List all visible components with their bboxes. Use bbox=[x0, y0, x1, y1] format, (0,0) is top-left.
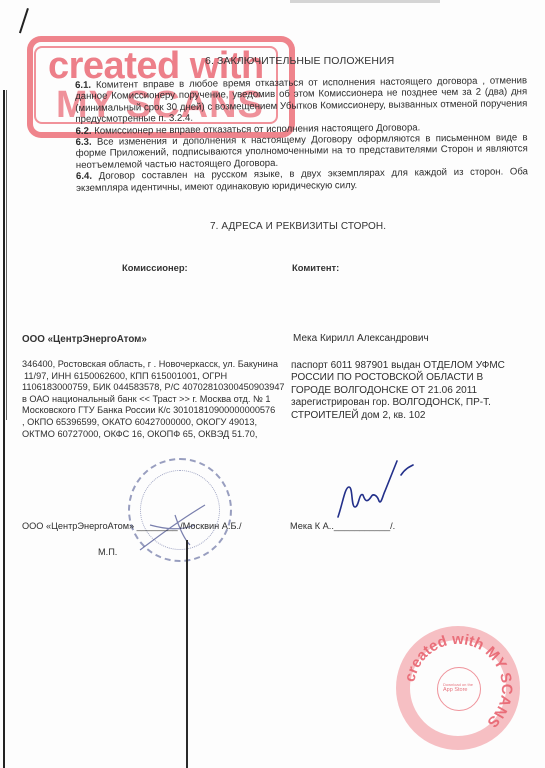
commissioner-details: 346400, Ростовская область, г . Новочерк… bbox=[22, 359, 292, 440]
principal-detail-line: СТРОИТЕЛЕЙ дом 2, кв. 102 bbox=[291, 410, 541, 422]
commissioner-detail-line: в ОАО национальный банк << Траст >> г. М… bbox=[22, 394, 292, 406]
app-store-badge: Download on the App Store bbox=[443, 682, 473, 693]
principal-detail-line: зарегистрирован гор. ВОЛГОДОНСК, ПР-Т. bbox=[291, 397, 541, 409]
principal-detail-line: паспорт 6011 987901 выдан ОТДЕЛОМ УФМС bbox=[291, 360, 541, 372]
section6-clauses: 6.1. Комитент вправе в любое время отказ… bbox=[75, 75, 528, 194]
principal-detail-line: ГОРОДЕ ВОЛГОДОНСКЕ ОТ 21.06 2011 bbox=[291, 385, 541, 397]
commissioner-signature-line: ООО «ЦентрЭнергоАтом» ________ /Москвин … bbox=[22, 521, 242, 533]
commissioner-name: ООО «ЦентрЭнергоАтом» bbox=[22, 334, 147, 345]
principal-label: Комитент: bbox=[292, 262, 339, 273]
principal-details: паспорт 6011 987901 выдан ОТДЕЛОМ УФМС Р… bbox=[291, 360, 541, 422]
scan-edge-line bbox=[6, 90, 7, 420]
commissioner-detail-line: ОКТМО 60727000, ОКФС 16, ОКОПФ 65, ОКВЭД… bbox=[22, 429, 292, 441]
scanned-document-page: created with MY SCANS 6. ЗАКЛЮЧИТЕЛЬНЫЕ … bbox=[0, 0, 545, 768]
clause-6-3: 6.3. Все изменения и дополнения к настоя… bbox=[76, 132, 528, 171]
clause-6-1: 6.1. Комитент вправе в любое время отказ… bbox=[75, 75, 527, 125]
commissioner-label: Комиссионер: bbox=[122, 262, 188, 273]
principal-name: Мека Кирилл Александрович bbox=[293, 333, 429, 345]
faded-top-text bbox=[290, 0, 440, 3]
seal-label: М.П. bbox=[98, 547, 117, 559]
svg-text:created with MY SCANS: created with MY SCANS bbox=[401, 631, 515, 731]
commissioner-detail-line: , ОКПО 65396599, ОКАТО 60427000000, ОКОГ… bbox=[22, 417, 292, 429]
principal-signature-line: Мека К А..___________/. bbox=[290, 521, 395, 533]
commissioner-detail-line: 1106183000759, БИК 044583578, Р/С 407028… bbox=[22, 382, 292, 394]
scan-edge-line bbox=[3, 90, 5, 768]
clause-6-4: 6.4. Договор составлен на русском языке,… bbox=[76, 167, 528, 195]
commissioner-detail-line: 11/97, ИНН 6150062600, КПП 615001001, ОГ… bbox=[22, 371, 292, 383]
scan-edge-line bbox=[19, 8, 29, 33]
app-store-badge-label: App Store bbox=[443, 687, 473, 693]
commissioner-detail-line: Московского ГТУ Банка России К/с 3010181… bbox=[22, 405, 292, 417]
principal-detail-line: РОССИИ ПО РОСТОВСКОЙ ОБЛАСТИ В bbox=[291, 372, 541, 384]
vertical-ruler-line bbox=[186, 540, 188, 768]
section6-title: 6. ЗАКЛЮЧИТЕЛЬНЫЕ ПОЛОЖЕНИЯ bbox=[205, 55, 394, 67]
commissioner-detail-line: 346400, Ростовская область, г . Новочерк… bbox=[22, 359, 292, 371]
principal-signature bbox=[335, 457, 415, 527]
section7-title: 7. АДРЕСА И РЕКВИЗИТЫ СТОРОН. bbox=[210, 221, 386, 232]
